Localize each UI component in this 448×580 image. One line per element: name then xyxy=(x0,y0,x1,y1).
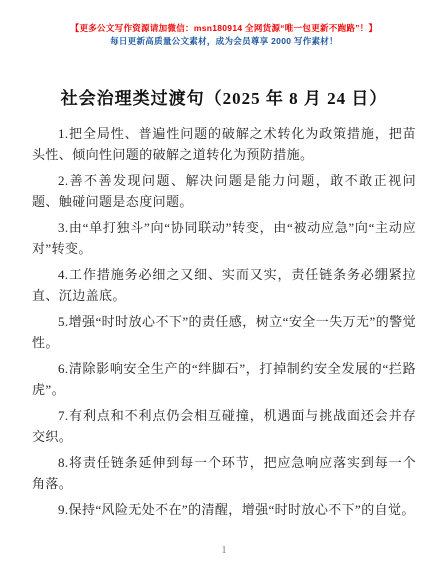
page-title: 社会治理类过渡句（2025 年 8 月 24 日） xyxy=(32,84,416,109)
document-body: 1.把全局性、普遍性问题的破解之术转化为政策措施，把苗头性、倾向性问题的破解之道… xyxy=(32,123,416,520)
transition-sentence-item: 6.清除影响安全生产的“绊脚石”，打掉制约安全发展的“拦路虎”。 xyxy=(32,358,416,400)
promo-line-red: 【更多公文写作资源请加微信：msn180914 全网货源“唯一包更新不跑路”！】 xyxy=(0,22,448,35)
transition-sentence-item: 8.将责任链条延伸到每一个环节，把应急响应落实到每一个角落。 xyxy=(32,452,416,494)
transition-sentence-item: 9.保持“风险无处不在”的清醒，增强“时时放心不下”的自觉。 xyxy=(32,499,416,520)
promo-header: 【更多公文写作资源请加微信：msn180914 全网货源“唯一包更新不跑路”！】… xyxy=(0,22,448,48)
page-number: 1 xyxy=(0,545,448,556)
transition-sentence-item: 2.善不善发现问题、解决问题是能力问题，敢不敢正视问题、触碰问题是态度问题。 xyxy=(32,170,416,212)
transition-sentence-item: 7.有利点和不利点仍会相互碰撞，机遇面与挑战面还会并存交织。 xyxy=(32,405,416,447)
transition-sentence-item: 5.增强“时时放心不下”的责任感，树立“安全一失万无”的警觉性。 xyxy=(32,311,416,353)
transition-sentence-item: 3.由“单打独斗”向“协同联动”转变，由“被动应急”向“主动应对”转变。 xyxy=(32,217,416,259)
transition-sentence-item: 4.工作措施务必细之又细、实而又实，责任链条务必绷紧拉直、沉边盖底。 xyxy=(32,264,416,306)
promo-line-blue: 每日更新高质量公文素材，成为会员尊享 2000 写作素材！ xyxy=(0,35,448,48)
transition-sentence-item: 1.把全局性、普遍性问题的破解之术转化为政策措施，把苗头性、倾向性问题的破解之道… xyxy=(32,123,416,165)
document-page: 【更多公文写作资源请加微信：msn180914 全网货源“唯一包更新不跑路”！】… xyxy=(0,0,448,580)
